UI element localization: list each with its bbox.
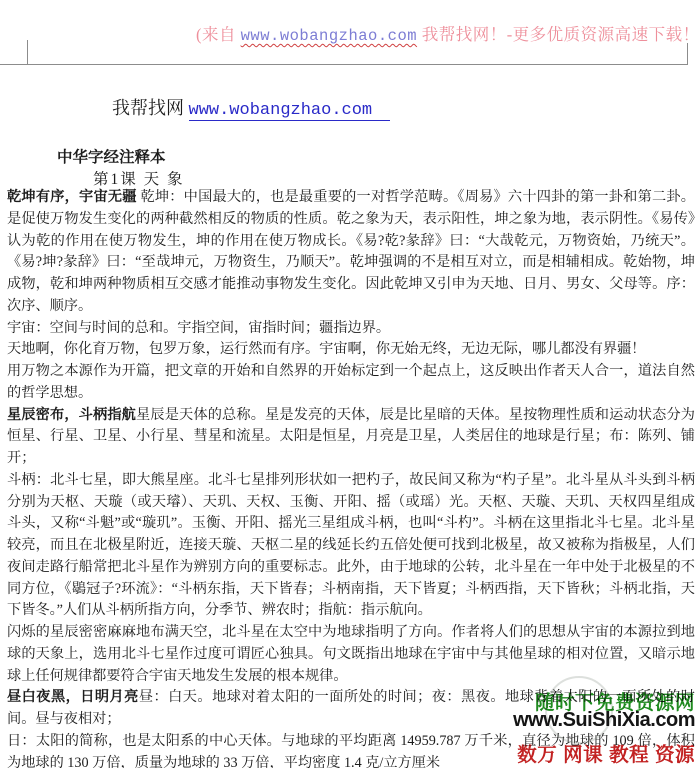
header-boundary-rule: [0, 64, 688, 65]
watermark-tagline: 数万 网课 教程 资源: [517, 739, 695, 767]
paragraph-text: 闪烁的星辰密密麻麻地布满天空，北斗星在太空中为地球指明了方向。作者将人们的思想从…: [7, 624, 695, 684]
paragraph-tiandi: 天地啊，你化育万物，包罗万象，运行然而有序。宇宙啊，你无始无终，无边无际，哪儿都…: [7, 339, 695, 361]
paragraph-lead: 星辰密布，斗柄指航: [7, 407, 136, 423]
paragraph-text: 斗柄：北斗七星，即大熊星座。北斗七星排列形状如一把杓子，故民间又称为“杓子星”。…: [7, 472, 695, 619]
site-name: 我帮找网: [112, 98, 189, 118]
paragraph-text: 用万物之本源作为开篇，把文章的开始和自然界的开始标定到一个起点上，这反映出作者天…: [7, 363, 695, 401]
paragraph-text: 天地啊，你化育万物，包罗万象，运行然而有序。宇宙啊，你无始无终，无边无际，哪儿都…: [7, 341, 645, 357]
document-title: 中华字经注释本: [57, 145, 166, 167]
promo-header-link[interactable]: www.wobangzhao.com: [241, 27, 417, 45]
paragraph-benyuan: 用万物之本源作为开篇，把文章的开始和自然界的开始标定到一个起点上，这反映出作者天…: [7, 361, 695, 405]
paragraph-text: 乾坤：中国最大的，也是最重要的一对哲学范畴。《周易》六十四卦的第一卦和第二卦。是…: [7, 189, 695, 314]
paragraph-lead: 乾坤有序，宇宙无疆: [7, 189, 137, 205]
paragraph-yuzhou: 宇宙：空间与时间的总和。宇指空间，宙指时间；疆指边界。: [7, 318, 695, 340]
promo-header-open: (来自: [196, 25, 241, 44]
margin-crop-mark-left: [27, 40, 28, 65]
paragraph-text: 宇宙：空间与时间的总和。宇指空间，宙指时间；疆指边界。: [7, 320, 390, 336]
site-line: 我帮找网 www.wobangzhao.com: [112, 94, 390, 120]
promo-header: (来自 www.wobangzhao.com 我帮找网！-更多优质资源高速下载！…: [196, 21, 699, 45]
paragraph-qiankun: 乾坤有序，宇宙无疆 乾坤：中国最大的，也是最重要的一对哲学范畴。《周易》六十四卦…: [7, 187, 695, 318]
lesson-heading: 第1课 天 象: [93, 167, 185, 189]
watermark-site-url: www.SuiShiXia.com: [513, 709, 695, 732]
paragraph-doubing: 斗柄：北斗七星，即大熊星座。北斗七星排列形状如一把杓子，故民间又称为“杓子星”。…: [7, 470, 695, 622]
margin-crop-mark-right: [687, 43, 688, 65]
document-page: (来自 www.wobangzhao.com 我帮找网！-更多优质资源高速下载！…: [0, 0, 699, 768]
promo-header-rest: 我帮找网！-更多优质资源高速下载！): [417, 25, 699, 44]
paragraph-shanshuo: 闪烁的星辰密密麻麻地布满天空，北斗星在太空中为地球指明了方向。作者将人们的思想从…: [7, 622, 695, 687]
site-link[interactable]: www.wobangzhao.com: [189, 101, 391, 121]
paragraph-lead: 昼白夜黑，日明月亮: [7, 689, 139, 705]
paragraph-xingchen: 星辰密布，斗柄指航星辰是天体的总称。星是发亮的天体，辰是比星暗的天体。星按物理性…: [7, 405, 695, 470]
